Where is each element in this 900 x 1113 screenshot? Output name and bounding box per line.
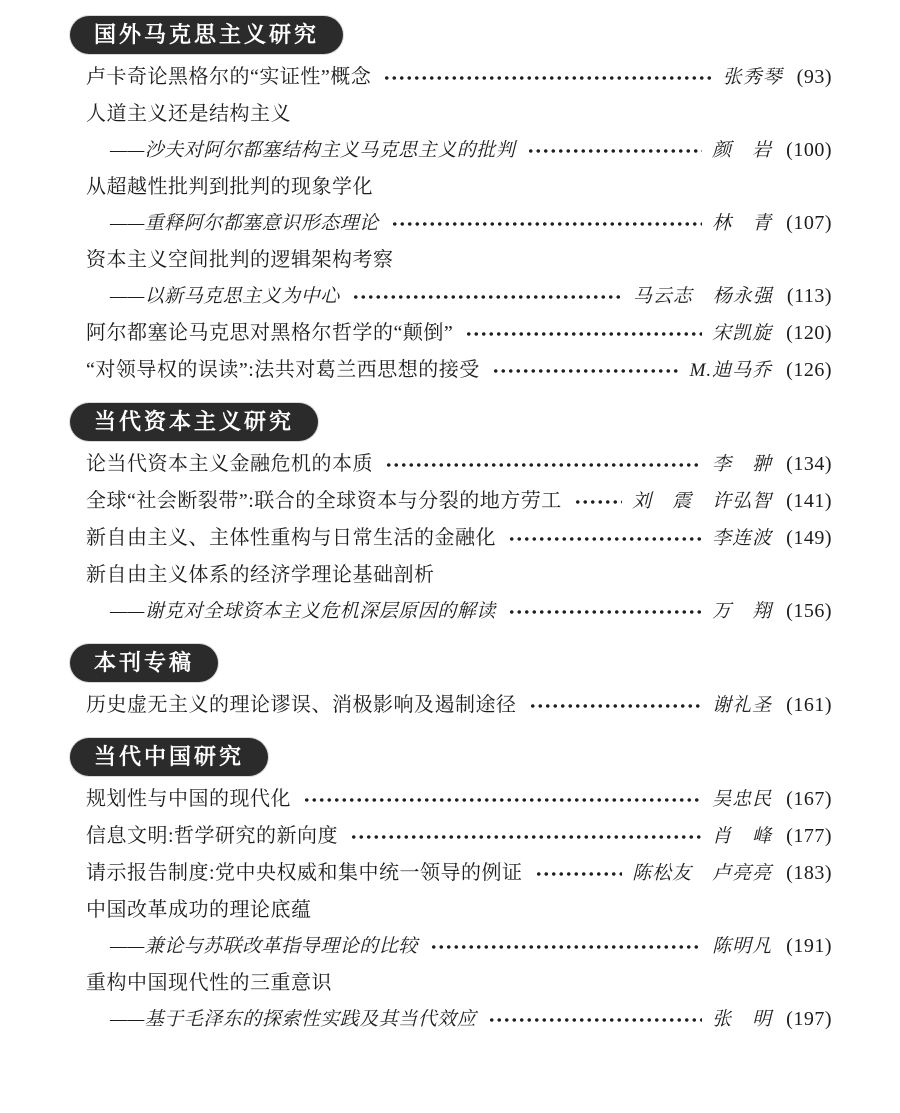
entry-page-number: (161) — [786, 687, 832, 723]
entry-authors: 万 翔 — [712, 594, 772, 630]
entry-subtitle: ——重释阿尔都塞意识形态理论 — [70, 206, 379, 242]
entry-authors: 肖 峰 — [712, 819, 772, 855]
toc-entry-row: 请示报告制度:党中央权威和集中统一领导的例证 陈松友 卢亮亮 (183) — [70, 855, 832, 892]
entry-authors: 李 翀 — [712, 447, 772, 483]
toc-entry-row: ——以新马克思主义为中心 马云志 杨永强 (113) — [70, 278, 832, 315]
dot-leader — [352, 294, 623, 300]
section-header-badge: 当代中国研究 — [70, 738, 268, 776]
toc-section: 国外马克思主义研究 卢卡奇论黑格尔的“实证性”概念 张秀琴 (93) 人道主义还… — [70, 16, 832, 389]
section-header-badge: 国外马克思主义研究 — [70, 16, 343, 54]
entry-title: 卢卡奇论黑格尔的“实证性”概念 — [70, 59, 371, 95]
dot-leader — [527, 148, 702, 154]
entry-page-number: (191) — [786, 928, 832, 964]
entry-page-number: (197) — [786, 1001, 832, 1037]
section-header-badge: 当代资本主义研究 — [70, 403, 318, 441]
entry-authors: 林 青 — [712, 206, 772, 242]
dot-leader — [430, 944, 702, 950]
dot-leader — [535, 871, 623, 877]
entry-authors: 谢礼圣 — [712, 688, 772, 724]
section-entries: 历史虚无主义的理论谬误、消极影响及遏制途径 谢礼圣 (161) — [70, 687, 832, 724]
entry-page-number: (100) — [786, 132, 832, 168]
entry-page-number: (183) — [786, 855, 832, 891]
toc-section: 当代资本主义研究 论当代资本主义金融危机的本质 李 翀 (134) 全球“社会断… — [70, 403, 832, 630]
dot-leader — [465, 331, 702, 337]
toc-entry-row: 历史虚无主义的理论谬误、消极影响及遏制途径 谢礼圣 (161) — [70, 687, 832, 724]
entry-page-number: (141) — [786, 483, 832, 519]
entry-authors: 颜 岩 — [712, 133, 772, 169]
toc-entry-row: 从超越性批判到批判的现象学化 — [70, 169, 832, 205]
entry-title: “对领导权的误读”:法共对葛兰西思想的接受 — [70, 352, 480, 388]
section-title: 本刊专稿 — [94, 650, 194, 675]
toc-entry-row: 新自由主义体系的经济学理论基础剖析 — [70, 557, 832, 593]
entry-title: 历史虚无主义的理论谬误、消极影响及遏制途径 — [70, 687, 517, 723]
toc-entry-row: 人道主义还是结构主义 — [70, 96, 832, 132]
entry-page-number: (107) — [786, 205, 832, 241]
entry-title: 新自由主义体系的经济学理论基础剖析 — [70, 557, 435, 593]
entry-page-number: (120) — [786, 315, 832, 351]
section-title: 国外马克思主义研究 — [94, 22, 319, 47]
entry-page-number: (149) — [786, 520, 832, 556]
dot-leader — [350, 834, 702, 840]
entry-page-number: (93) — [797, 59, 832, 95]
entry-page-number: (113) — [787, 278, 832, 314]
entry-authors: M.迪马乔 — [690, 353, 773, 389]
entry-title: 人道主义还是结构主义 — [70, 96, 291, 132]
entry-authors: 陈明凡 — [712, 929, 772, 965]
entry-title: 重构中国现代性的三重意识 — [70, 965, 332, 1001]
toc-entry-row: 阿尔都塞论马克思对黑格尔哲学的“颠倒” 宋凯旋 (120) — [70, 315, 832, 352]
entry-title: 请示报告制度:党中央权威和集中统一领导的例证 — [70, 855, 523, 891]
entry-authors: 陈松友 卢亮亮 — [632, 856, 772, 892]
section-title: 当代资本主义研究 — [94, 409, 294, 434]
entry-subtitle: ——基于毛泽东的探索性实践及其当代效应 — [70, 1002, 476, 1038]
dot-leader — [303, 797, 702, 803]
dot-leader — [508, 609, 702, 615]
section-entries: 规划性与中国的现代化 吴忠民 (167) 信息文明:哲学研究的新向度 肖 峰 (… — [70, 781, 832, 1038]
entry-title: 全球“社会断裂带”:联合的全球资本与分裂的地方劳工 — [70, 483, 562, 519]
toc-entry-row: 卢卡奇论黑格尔的“实证性”概念 张秀琴 (93) — [70, 59, 832, 96]
entry-authors: 马云志 杨永强 — [633, 279, 773, 315]
entry-title: 中国改革成功的理论底蕴 — [70, 892, 312, 928]
section-title: 当代中国研究 — [94, 744, 244, 769]
toc-entry-row: “对领导权的误读”:法共对葛兰西思想的接受 M.迪马乔 (126) — [70, 352, 832, 389]
entry-title: 新自由主义、主体性重构与日常生活的金融化 — [70, 520, 496, 556]
entry-subtitle: ——谢克对全球资本主义危机深层原因的解读 — [70, 594, 496, 630]
entry-page-number: (177) — [786, 818, 832, 854]
toc-entry-row: ——重释阿尔都塞意识形态理论 林 青 (107) — [70, 205, 832, 242]
section-header-badge: 本刊专稿 — [70, 644, 218, 682]
toc-entry-row: ——兼论与苏联改革指导理论的比较 陈明凡 (191) — [70, 928, 832, 965]
entry-title: 阿尔都塞论马克思对黑格尔哲学的“颠倒” — [70, 315, 453, 351]
entry-subtitle: ——沙夫对阿尔都塞结构主义马克思主义的批判 — [70, 133, 515, 169]
toc-entry-row: 重构中国现代性的三重意识 — [70, 965, 832, 1001]
dot-leader — [383, 75, 712, 81]
entry-page-number: (134) — [786, 446, 832, 482]
toc-entry-row: 规划性与中国的现代化 吴忠民 (167) — [70, 781, 832, 818]
toc-entry-row: ——谢克对全球资本主义危机深层原因的解读 万 翔 (156) — [70, 593, 832, 630]
entry-subtitle: ——兼论与苏联改革指导理论的比较 — [70, 929, 418, 965]
dot-leader — [385, 462, 702, 468]
dot-leader — [529, 703, 703, 709]
toc-entry-row: ——沙夫对阿尔都塞结构主义马克思主义的批判 颜 岩 (100) — [70, 132, 832, 169]
entry-authors: 刘 震 许弘智 — [632, 484, 772, 520]
entry-authors: 张秀琴 — [723, 60, 783, 96]
toc-entry-row: 全球“社会断裂带”:联合的全球资本与分裂的地方劳工 刘 震 许弘智 (141) — [70, 483, 832, 520]
entry-page-number: (156) — [786, 593, 832, 629]
toc-entry-row: 新自由主义、主体性重构与日常生活的金融化 李连波 (149) — [70, 520, 832, 557]
toc: 国外马克思主义研究 卢卡奇论黑格尔的“实证性”概念 张秀琴 (93) 人道主义还… — [70, 16, 832, 1038]
toc-entry-row: 信息文明:哲学研究的新向度 肖 峰 (177) — [70, 818, 832, 855]
entry-title: 规划性与中国的现代化 — [70, 781, 291, 817]
entry-title: 信息文明:哲学研究的新向度 — [70, 818, 338, 854]
toc-entry-row: 资本主义空间批判的逻辑架构考察 — [70, 242, 832, 278]
dot-leader — [391, 221, 702, 227]
entry-page-number: (126) — [786, 352, 832, 388]
dot-leader — [508, 536, 702, 542]
toc-entry-row: 论当代资本主义金融危机的本质 李 翀 (134) — [70, 446, 832, 483]
entry-title: 资本主义空间批判的逻辑架构考察 — [70, 242, 394, 278]
entry-subtitle: ——以新马克思主义为中心 — [70, 279, 340, 315]
toc-entry-row: 中国改革成功的理论底蕴 — [70, 892, 832, 928]
toc-page: 国外马克思主义研究 卢卡奇论黑格尔的“实证性”概念 张秀琴 (93) 人道主义还… — [0, 0, 900, 1113]
entry-page-number: (167) — [786, 781, 832, 817]
toc-entry-row: ——基于毛泽东的探索性实践及其当代效应 张 明 (197) — [70, 1001, 832, 1038]
dot-leader — [574, 499, 622, 505]
toc-section: 本刊专稿 历史虚无主义的理论谬误、消极影响及遏制途径 谢礼圣 (161) — [70, 644, 832, 724]
section-entries: 卢卡奇论黑格尔的“实证性”概念 张秀琴 (93) 人道主义还是结构主义 ——沙夫… — [70, 59, 832, 389]
entry-authors: 吴忠民 — [712, 782, 772, 818]
entry-title: 从超越性批判到批判的现象学化 — [70, 169, 373, 205]
entry-authors: 李连波 — [712, 521, 772, 557]
entry-title: 论当代资本主义金融危机的本质 — [70, 446, 373, 482]
entry-authors: 张 明 — [712, 1002, 772, 1038]
toc-section: 当代中国研究 规划性与中国的现代化 吴忠民 (167) 信息文明:哲学研究的新向… — [70, 738, 832, 1038]
dot-leader — [488, 1017, 702, 1023]
entry-authors: 宋凯旋 — [712, 316, 772, 352]
section-entries: 论当代资本主义金融危机的本质 李 翀 (134) 全球“社会断裂带”:联合的全球… — [70, 446, 832, 630]
dot-leader — [492, 368, 680, 374]
